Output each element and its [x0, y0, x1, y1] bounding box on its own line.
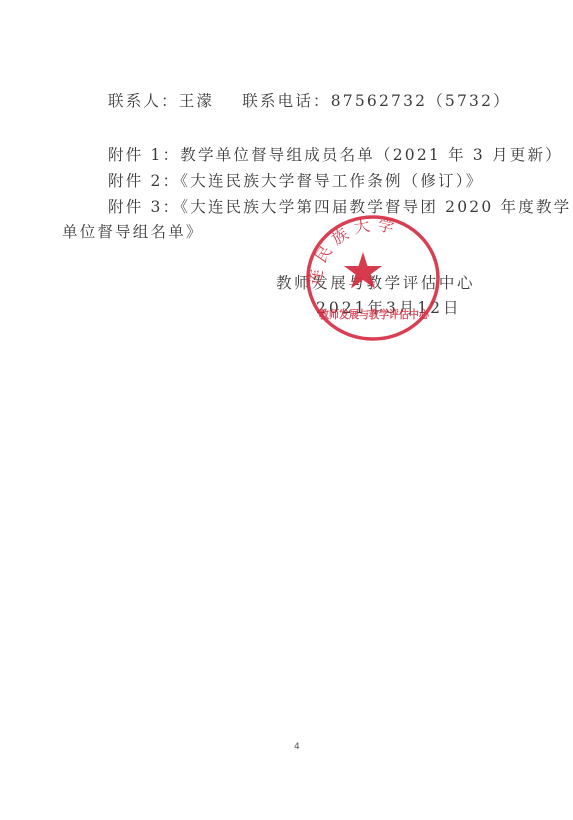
attachment-1: 附件 1：教学单位督导组成员名单（2021 年 3 月更新）	[108, 145, 563, 165]
page-number: 4	[294, 742, 300, 752]
contact-phone-value: 87562732（5732）	[331, 92, 511, 110]
seal-inner-text: 教师发展与教学评估中心	[318, 307, 430, 321]
attachment-3-continued: 单位督导组名单》	[62, 222, 204, 242]
official-seal-icon: 连民族大学 教师发展与教学评估中心	[305, 214, 441, 342]
contact-person-label: 联系人：	[108, 92, 179, 110]
contact-person-name: 王濛	[179, 92, 214, 110]
svg-text:连民族大学: 连民族大学	[305, 215, 402, 287]
attachment-label: 附件 3：	[108, 198, 180, 216]
attachment-label: 附件 1：	[108, 146, 180, 164]
seal-outer-text: 连民族大学	[305, 215, 402, 287]
attachment-title: 教学单位督导组成员名单（2021 年 3 月更新）	[180, 146, 563, 164]
attachment-2: 附件 2：《大连民族大学督导工作条例（修订）》	[108, 171, 483, 191]
contact-line: 联系人：王濛联系电话：87562732（5732）	[108, 91, 511, 111]
attachment-label: 附件 2：	[108, 172, 180, 190]
contact-phone-label: 联系电话：	[242, 92, 331, 110]
attachment-title: 《大连民族大学督导工作条例（修订）》	[180, 172, 483, 190]
